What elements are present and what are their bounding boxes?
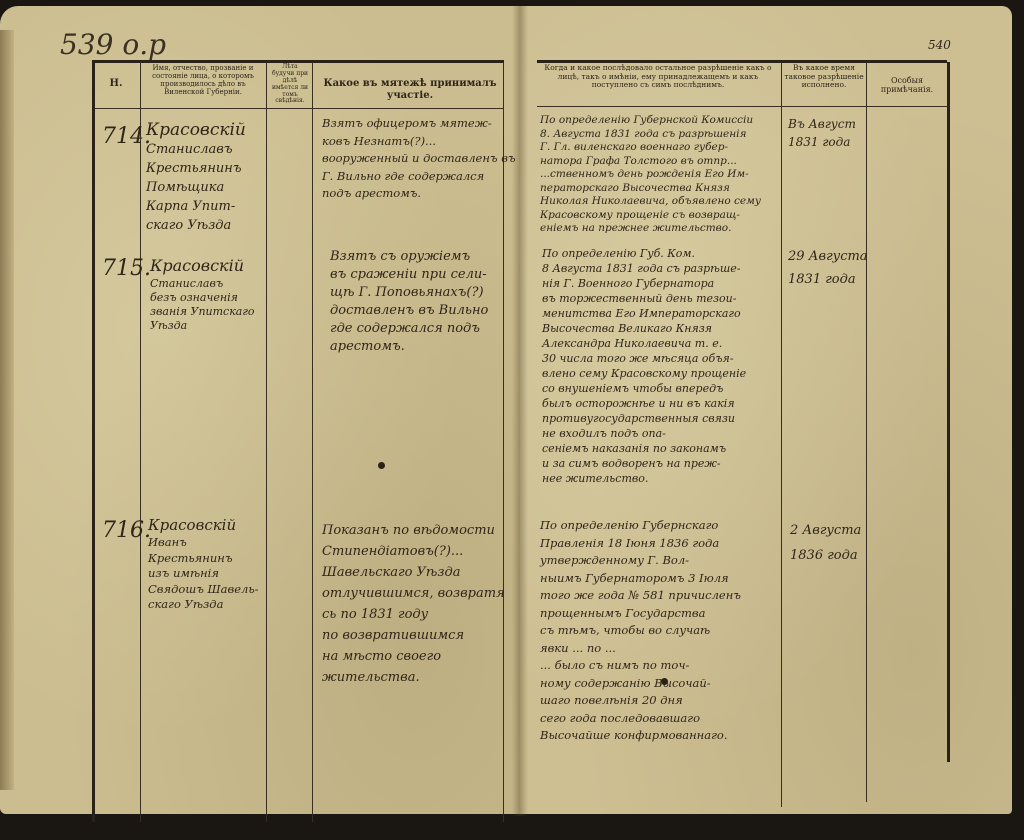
table-left-border bbox=[92, 62, 95, 822]
page-number-right: 540 bbox=[928, 38, 951, 52]
table-right-border bbox=[947, 62, 950, 762]
col-divider-number bbox=[140, 62, 141, 822]
ink-blot bbox=[378, 462, 385, 469]
entry-executed: Въ Август 1831 года bbox=[788, 118, 856, 148]
col-divider-executed bbox=[866, 62, 867, 802]
entry-resolution: По определенію Губернской Комиссіи 8. Ав… bbox=[540, 115, 761, 234]
col-divider-resolution bbox=[781, 62, 782, 807]
entry-number: 716. bbox=[102, 518, 151, 543]
entry-participation: Взятъ офицеромъ мятеж- ковъ Незнатъ(?)..… bbox=[322, 118, 516, 200]
header-top-rule-left bbox=[92, 60, 504, 63]
entry-participation: Взятъ съ оружіемъ въ сраженіи при сели- … bbox=[330, 250, 488, 353]
header-name: Имя, отчество, прозваніе и состояніе лиц… bbox=[142, 64, 264, 96]
entry-resolution: По определенію Губернскаго Правленія 18 … bbox=[540, 520, 741, 742]
entry-participation: Показанъ по вѣдомости Стипендіатовъ(?)..… bbox=[322, 524, 505, 684]
entry-name: Красовскій Иванъ Крестьянинъ изъ имѣнія … bbox=[148, 518, 258, 611]
header-bottom-rule-right bbox=[537, 106, 947, 107]
ink-blot bbox=[661, 678, 668, 685]
entry-number: 714. bbox=[102, 124, 151, 149]
col-divider-age bbox=[312, 62, 313, 822]
entry-resolution: По определенію Губ. Ком. 8 Августа 1831 … bbox=[542, 248, 746, 484]
entry-name: Красовскій Станиславъ безъ означенія зва… bbox=[150, 258, 255, 331]
header-age: Лѣта будучи при дѣлѣ имѣется ли томъ свѣ… bbox=[271, 64, 309, 105]
header-remarks: Особыя примѣчанія. bbox=[868, 76, 946, 94]
entry-number: 715. bbox=[102, 256, 151, 281]
header-number: Н. bbox=[96, 78, 136, 90]
header-participation: Какое въ мятежѣ принималъ участіе. bbox=[318, 78, 502, 101]
entry-name: Красовскій Станиславъ Крестьянинъ Помѣщи… bbox=[146, 122, 246, 232]
page-number-left: 539 о.р bbox=[60, 28, 166, 61]
entry-executed: 2 Августа 1836 года bbox=[790, 524, 861, 562]
header-executed: Въ какое время таковое разрѣшеніе исполн… bbox=[783, 64, 865, 90]
page-edge-stack bbox=[0, 30, 14, 790]
entry-executed: 29 Августа 1831 года bbox=[788, 250, 868, 286]
book-spread: 539 о.р 540 Н. Имя, отчество, прозваніе … bbox=[0, 0, 1024, 840]
header-bottom-rule-left bbox=[92, 108, 504, 109]
col-divider-name bbox=[266, 62, 267, 822]
header-resolution: Когда и какое послѣдовало остальное разр… bbox=[536, 64, 780, 90]
